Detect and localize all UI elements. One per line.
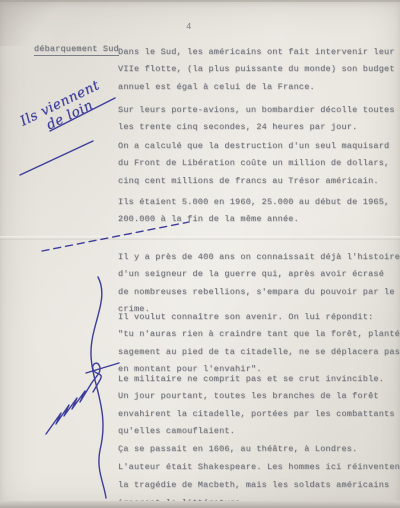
scan-bottom-edge (0, 501, 400, 508)
typed-paragraph: Dans le Sud, les américains ont fait int… (118, 44, 395, 96)
typed-paragraph: Ça se passait en 1606, au théâtre, à Lon… (118, 440, 400, 508)
paper-crease-line (0, 236, 400, 240)
scan-top-edge (0, 0, 400, 2)
typed-paragraph: On a calculé que la destruction d'un seu… (118, 138, 389, 190)
corner-fold-shading (0, 0, 70, 46)
typed-paragraph: Le militaire ne comprit pas et se crut i… (118, 371, 395, 441)
page-number: 4 (186, 22, 191, 32)
scanned-document: 4 débarquement Sud Dans le Sud, les amér… (0, 0, 400, 508)
typed-paragraph: Sur leurs porte-avions, un bombardier dé… (118, 102, 395, 137)
typed-paragraph: Ils étaient 5.000 en 1960, 25.000 au déb… (118, 194, 389, 229)
typed-paragraph: Il voulut connaître son avenir. On lui r… (118, 309, 400, 379)
margin-heading: débarquement Sud (34, 44, 119, 56)
